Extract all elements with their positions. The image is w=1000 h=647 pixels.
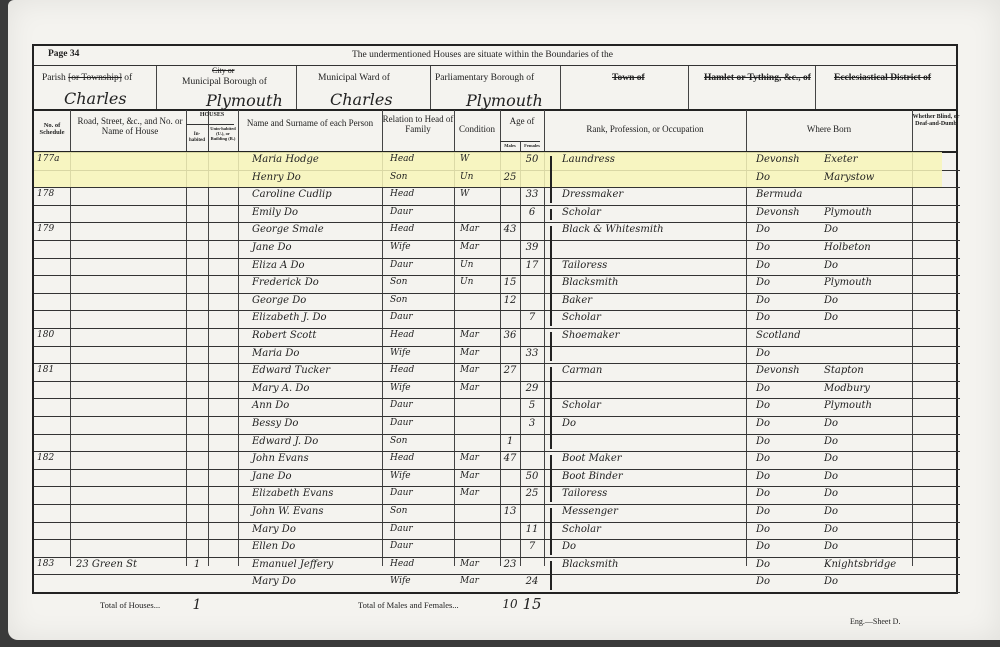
birth-county: Devonsh <box>756 154 800 165</box>
bracket-mark <box>550 367 552 449</box>
parish-label-of: of <box>122 73 132 83</box>
person-name: Mary Do <box>252 576 296 587</box>
birth-county: Do <box>756 418 770 429</box>
birth-county: Do <box>756 312 770 323</box>
relation-to-head: Son <box>390 295 407 305</box>
birth-county: Do <box>756 172 770 183</box>
table-row[interactable]: Mary DoWifeMar24DoDo <box>34 574 960 592</box>
relation-to-head: Daur <box>390 541 413 551</box>
occupation: Messenger <box>562 506 618 517</box>
age-female: 33 <box>520 348 544 359</box>
district-divider <box>296 66 297 109</box>
marital-condition: Mar <box>460 224 479 234</box>
table-row[interactable]: Mary DoDaur11ScholarDoDo <box>34 522 960 540</box>
age-female: 7 <box>520 541 544 552</box>
birth-place: Plymouth <box>824 207 872 218</box>
bracket-mark <box>550 508 552 555</box>
occupation: Boot Binder <box>562 471 623 482</box>
age-female: 17 <box>520 260 544 271</box>
marital-condition: Mar <box>460 559 479 569</box>
district-divider <box>430 66 431 109</box>
birth-place: Do <box>824 436 838 447</box>
table-row[interactable]: 178Caroline CudlipHeadW33DressmakerBermu… <box>34 187 960 205</box>
col-condition: Condition <box>454 124 500 134</box>
schedule-number: 177a <box>37 154 60 164</box>
town-label: Town of <box>612 73 645 83</box>
table-row[interactable]: 181Edward TuckerHeadMar27CarmanDevonshSt… <box>34 363 960 381</box>
person-name: Ann Do <box>252 400 289 411</box>
bracket-mark <box>550 226 552 326</box>
census-form-frame: Page 34The undermentioned Houses are sit… <box>32 44 958 594</box>
relation-to-head: Daur <box>390 260 413 270</box>
age-female: 3 <box>520 418 544 429</box>
person-name: Emily Do <box>252 207 298 218</box>
schedule-number: 178 <box>37 189 54 199</box>
age-female: 24 <box>520 576 544 587</box>
district-divider <box>560 66 561 109</box>
birth-county: Do <box>756 348 770 359</box>
row-highlight <box>34 152 942 170</box>
relation-to-head: Head <box>390 330 414 340</box>
relation-to-head: Son <box>390 277 407 287</box>
ward-label: Municipal Ward of <box>318 73 390 83</box>
totals-rule <box>34 592 956 594</box>
table-row[interactable]: Emily DoDaur6ScholarDevonshPlymouth <box>34 205 960 223</box>
occupation: Boot Maker <box>562 453 622 464</box>
bracket-mark <box>550 561 552 590</box>
person-name: Maria Do <box>252 348 299 359</box>
col-age: Age of <box>500 116 544 126</box>
relation-to-head: Head <box>390 453 414 463</box>
person-name: Maria Hodge <box>252 154 319 165</box>
birth-place: Plymouth <box>824 400 872 411</box>
col-inhabited: In-habited <box>186 132 208 144</box>
table-row[interactable]: Ellen DoDaur7DoDoDo <box>34 539 960 557</box>
marital-condition: Mar <box>460 365 479 375</box>
birth-place: Exeter <box>824 154 858 165</box>
total-males: 10 <box>500 597 520 611</box>
bracket-mark <box>550 332 552 361</box>
table-row[interactable]: 182John EvansHeadMar47Boot MakerDoDo <box>34 451 960 469</box>
age-female: 50 <box>520 154 544 165</box>
age-female: 39 <box>520 242 544 253</box>
parliamentary-value: Plymouth <box>466 91 543 110</box>
birth-place: Do <box>824 453 838 464</box>
person-name: Edward Tucker <box>252 365 330 376</box>
table-row[interactable]: Eliza A DoDaurUn17TailoressDoDo <box>34 258 960 276</box>
bracket-mark <box>550 156 552 203</box>
relation-to-head: Daur <box>390 312 413 322</box>
occupation: Shoemaker <box>562 330 619 341</box>
relation-to-head: Head <box>390 154 414 164</box>
relation-to-head: Son <box>390 172 407 182</box>
table-row[interactable]: Maria DoWifeMar33Do <box>34 346 960 364</box>
person-name: Caroline Cudlip <box>252 189 332 200</box>
table-row[interactable]: 18323 Green St1Emanuel JefferyHeadMar23B… <box>34 557 960 575</box>
occupation: Tailoress <box>562 260 607 271</box>
birth-county: Do <box>756 400 770 411</box>
occupation: Dressmaker <box>562 189 623 200</box>
marital-condition: Mar <box>460 383 479 393</box>
birth-county: Do <box>756 576 770 587</box>
relation-to-head: Head <box>390 559 414 569</box>
birth-place: Do <box>824 471 838 482</box>
birth-county: Do <box>756 453 770 464</box>
person-name: Eliza A Do <box>252 260 305 271</box>
person-name: Frederick Do <box>252 277 319 288</box>
table-row[interactable]: Elizabeth EvansDaurMar25TailoressDoDo <box>34 486 960 504</box>
person-name: Emanuel Jeffery <box>252 559 333 570</box>
col-schedule: No. of Schedule <box>34 122 70 137</box>
marital-condition: W <box>460 189 469 199</box>
birth-place: Do <box>824 541 838 552</box>
age-male: 27 <box>500 365 520 376</box>
age-male: 23 <box>500 559 520 570</box>
person-name: Ellen Do <box>252 541 295 552</box>
birth-place: Do <box>824 576 838 587</box>
houses-inhabited: 1 <box>186 559 208 570</box>
birth-place: Do <box>824 295 838 306</box>
age-male: 1 <box>500 436 520 447</box>
occupation: Scholar <box>562 400 601 411</box>
borough-value: Plymouth <box>206 91 283 110</box>
table-row[interactable]: Jane DoWifeMar39DoHolbeton <box>34 240 960 258</box>
person-name: Elizabeth J. Do <box>252 312 327 323</box>
age-male: 25 <box>500 172 520 183</box>
birth-place: Stapton <box>824 365 864 376</box>
relation-to-head: Son <box>390 506 407 516</box>
relation-to-head: Daur <box>390 488 413 498</box>
district-divider <box>156 66 157 109</box>
parliamentary-label: Parliamentary Borough of <box>435 73 534 83</box>
total-houses-label: Total of Houses... <box>100 600 160 610</box>
marital-condition: W <box>460 154 469 164</box>
person-name: George Do <box>252 295 306 306</box>
schedule-number: 180 <box>37 330 54 340</box>
birth-county: Devonsh <box>756 365 800 376</box>
birth-county: Do <box>756 277 770 288</box>
person-name: Elizabeth Evans <box>252 488 333 499</box>
birth-place: Holbeton <box>824 242 871 253</box>
marital-condition: Mar <box>460 242 479 252</box>
age-female: 11 <box>520 524 544 535</box>
parish-label: Parish [or Township] of <box>42 73 132 83</box>
col-males: Males <box>500 143 520 148</box>
bracket-mark <box>550 209 552 221</box>
birth-county: Do <box>756 260 770 271</box>
table-row[interactable]: 179George SmaleHeadMar43Black & Whitesmi… <box>34 222 960 240</box>
marital-condition: Un <box>460 277 473 287</box>
age-male: 36 <box>500 330 520 341</box>
birth-place: Do <box>824 224 838 235</box>
birth-place: Do <box>824 506 838 517</box>
houses-subdivider <box>186 124 234 125</box>
birth-county: Do <box>756 559 770 570</box>
col-females: Females <box>520 143 544 148</box>
table-row[interactable]: Frederick DoSonUn15BlacksmithDoPlymouth <box>34 275 960 293</box>
birth-place: Modbury <box>824 383 870 394</box>
marital-condition: Mar <box>460 576 479 586</box>
schedule-number: 182 <box>37 453 54 463</box>
birth-county: Do <box>756 224 770 235</box>
total-persons-label: Total of Males and Females... <box>358 600 459 610</box>
ecclesiastical-label: Ecclesiastical District of <box>834 73 931 83</box>
table-row[interactable]: Mary A. DoWifeMar29DoModbury <box>34 381 960 399</box>
person-name: John Evans <box>252 453 309 464</box>
person-name: Robert Scott <box>252 330 316 341</box>
col-houses: HOUSES <box>186 112 238 119</box>
schedule-number: 183 <box>37 559 54 569</box>
table-row[interactable]: Ann DoDaur5ScholarDoPlymouth <box>34 398 960 416</box>
age-female: 33 <box>520 189 544 200</box>
birth-place: Plymouth <box>824 277 872 288</box>
birth-county: Do <box>756 436 770 447</box>
age-female: 50 <box>520 471 544 482</box>
birth-county: Do <box>756 524 770 535</box>
age-female: 29 <box>520 383 544 394</box>
marital-condition: Mar <box>460 348 479 358</box>
occupation: Laundress <box>562 154 615 165</box>
table-row[interactable]: Bessy DoDaur3DoDoDo <box>34 416 960 434</box>
birth-county: Do <box>756 295 770 306</box>
relation-to-head: Daur <box>390 524 413 534</box>
ward-value: Charles <box>330 90 393 109</box>
relation-to-head: Head <box>390 189 414 199</box>
age-female: 6 <box>520 207 544 218</box>
occupation: Blacksmith <box>562 559 618 570</box>
birth-county: Do <box>756 383 770 394</box>
page-number: Page 34 <box>48 49 79 59</box>
birth-place: Knightsbridge <box>824 559 896 570</box>
relation-to-head: Head <box>390 365 414 375</box>
marital-condition: Un <box>460 260 473 270</box>
parish-value: Charles <box>64 89 127 108</box>
marital-condition: Mar <box>460 488 479 498</box>
birth-county: Do <box>756 488 770 499</box>
birth-place: Marystow <box>824 172 874 183</box>
title-divider <box>34 65 956 66</box>
birth-place: Do <box>824 524 838 535</box>
schedule-number: 179 <box>37 224 54 234</box>
hamlet-label: Hamlet or Tything, &c., of <box>704 73 811 83</box>
occupation: Carman <box>562 365 602 376</box>
col-road: Road, Street, &c., and No. or Name of Ho… <box>74 116 186 137</box>
relation-to-head: Wife <box>390 242 411 252</box>
birth-place: Do <box>824 312 838 323</box>
person-name: Jane Do <box>252 242 292 253</box>
table-row[interactable]: Henry DoSonUn25DoMarystow <box>34 170 960 188</box>
relation-to-head: Daur <box>390 418 413 428</box>
marital-condition: Un <box>460 172 473 182</box>
bracket-mark <box>550 455 552 502</box>
occupation: Tailoress <box>562 488 607 499</box>
birth-county: Do <box>756 242 770 253</box>
marital-condition: Mar <box>460 471 479 481</box>
district-divider <box>688 66 689 109</box>
birth-county: Devonsh <box>756 207 800 218</box>
borough-struck-label: City or <box>212 66 234 75</box>
person-name: Jane Do <box>252 471 292 482</box>
row-highlight <box>34 170 942 188</box>
table-row[interactable]: 177aMaria HodgeHeadW50LaundressDevonshEx… <box>34 152 960 170</box>
age-subdivider <box>500 141 540 142</box>
birth-county: Do <box>756 506 770 517</box>
occupation: Blacksmith <box>562 277 618 288</box>
birth-county: Do <box>756 541 770 552</box>
age-male: 12 <box>500 295 520 306</box>
age-female: 7 <box>520 312 544 323</box>
road-address: 23 Green St <box>76 559 137 570</box>
occupation: Black & Whitesmith <box>562 224 664 235</box>
table-row[interactable]: Elizabeth J. DoDaur7ScholarDoDo <box>34 310 960 328</box>
table-row[interactable]: Jane DoWifeMar50Boot BinderDoDo <box>34 469 960 487</box>
total-females: 15 <box>520 595 544 613</box>
age-male: 13 <box>500 506 520 517</box>
col-uninhabited: Unin-habited (U.), or Building (B.) <box>208 126 238 142</box>
marital-condition: Mar <box>460 453 479 463</box>
relation-to-head: Wife <box>390 471 411 481</box>
table-row[interactable]: George DoSon12BakerDoDo <box>34 293 960 311</box>
page-title: The undermentioned Houses are situate wi… <box>352 50 613 60</box>
person-name: Mary A. Do <box>252 383 309 394</box>
occupation: Baker <box>562 295 592 306</box>
relation-to-head: Wife <box>390 348 411 358</box>
age-female: 5 <box>520 400 544 411</box>
district-divider <box>815 66 816 109</box>
col-occupation: Rank, Profession, or Occupation <box>544 124 746 134</box>
relation-to-head: Wife <box>390 383 411 393</box>
occupation: Scholar <box>562 207 601 218</box>
relation-to-head: Daur <box>390 207 413 217</box>
table-row[interactable]: John W. EvansSon13MessengerDoDo <box>34 504 960 522</box>
birth-place: Do <box>824 260 838 271</box>
birth-county: Do <box>756 471 770 482</box>
relation-to-head: Son <box>390 436 407 446</box>
col-born: Where Born <box>746 124 912 134</box>
col-relation: Relation to Head of Family <box>382 114 454 135</box>
age-male: 43 <box>500 224 520 235</box>
person-name: Edward J. Do <box>252 436 318 447</box>
birth-place: Do <box>824 488 838 499</box>
person-name: George Smale <box>252 224 324 235</box>
person-name: Bessy Do <box>252 418 298 429</box>
form-reference: Eng.—Sheet D. <box>850 617 900 626</box>
parish-struck-text: [or Township] <box>68 73 122 83</box>
borough-label: Municipal Borough of <box>182 77 267 87</box>
person-name: Henry Do <box>252 172 301 183</box>
total-houses-inhabited: 1 <box>186 597 208 613</box>
relation-to-head: Head <box>390 224 414 234</box>
age-male: 15 <box>500 277 520 288</box>
schedule-number: 181 <box>37 365 54 375</box>
age-female: 25 <box>520 488 544 499</box>
table-row[interactable]: Edward J. DoSon1DoDo <box>34 434 960 452</box>
person-name: John W. Evans <box>252 506 323 517</box>
birth-county: Scotland <box>756 330 801 341</box>
col-name: Name and Surname of each Person <box>244 118 376 128</box>
birth-county: Bermuda <box>756 189 802 200</box>
occupation: Do <box>562 418 576 429</box>
parish-label-text: Parish <box>42 73 68 83</box>
occupation: Scholar <box>562 524 601 535</box>
table-row[interactable]: 180Robert ScottHeadMar36ShoemakerScotlan… <box>34 328 960 346</box>
birth-place: Do <box>824 418 838 429</box>
occupation: Do <box>562 541 576 552</box>
occupation: Scholar <box>562 312 601 323</box>
col-blind: Whether Blind, or Deaf-and-Dumb <box>912 114 960 128</box>
relation-to-head: Wife <box>390 576 411 586</box>
marital-condition: Mar <box>460 330 479 340</box>
age-male: 47 <box>500 453 520 464</box>
relation-to-head: Daur <box>390 400 413 410</box>
person-name: Mary Do <box>252 524 296 535</box>
